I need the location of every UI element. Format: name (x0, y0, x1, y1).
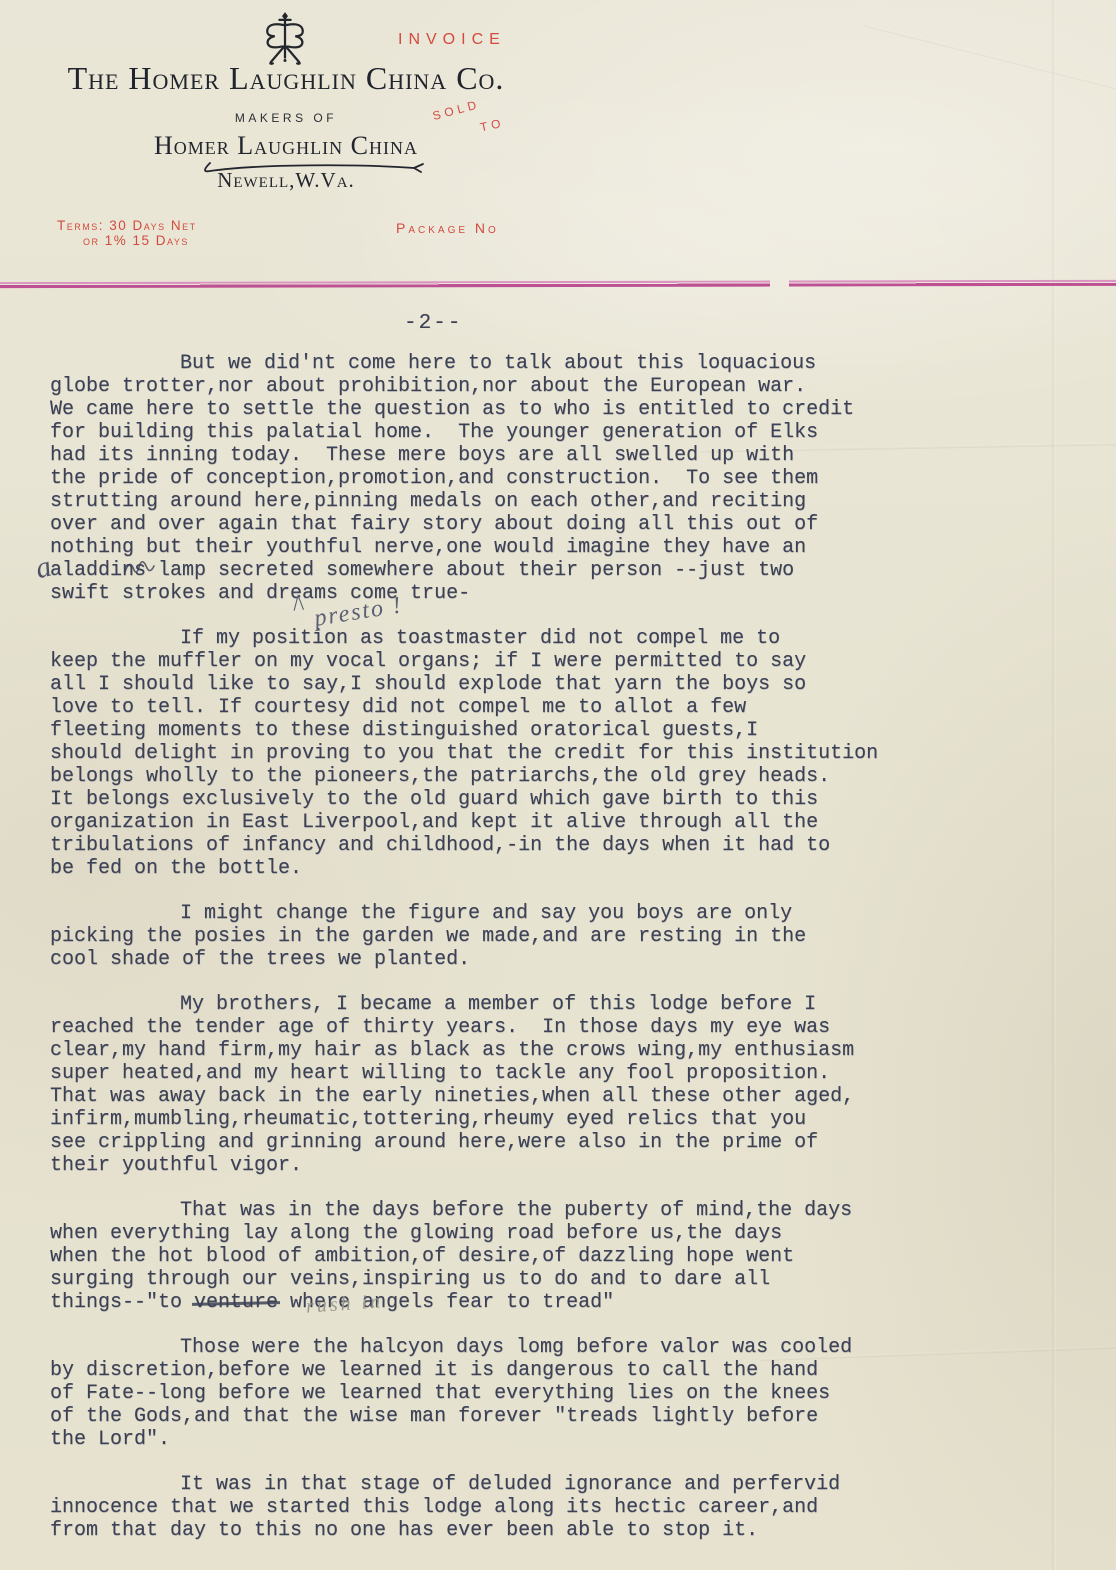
text-line: by discretion,before we learned it is da… (50, 1359, 818, 1382)
text-line: their youthful vigor. (50, 1154, 302, 1177)
page-number: -2-- (404, 312, 462, 335)
company-location: Newell,W.Va. (0, 168, 572, 193)
text-line: from that day to this no one has ever be… (50, 1519, 758, 1542)
text-line: over and over again that fairy story abo… (50, 513, 818, 536)
text-line: That was in the days before the puberty … (180, 1199, 852, 1222)
text-line: tribulations of infancy and childhood,-i… (50, 834, 830, 857)
divider-rule-left-segment (0, 281, 770, 289)
text-line: clear,my hand firm,my hair as black as t… (50, 1039, 854, 1062)
text-line: keep the muffler on my vocal organs; if … (50, 650, 806, 673)
text-line: aladdins lamp secreted somewhere about t… (50, 559, 794, 582)
text-line: the pride of conception,promotion,and co… (50, 467, 818, 490)
paragraph: I might change the figure and say you bo… (50, 902, 980, 971)
brand-line: Homer Laughlin China (0, 131, 572, 161)
company-name: The Homer Laughlin China Co. (0, 60, 572, 97)
text-line: fleeting moments to these distinguished … (50, 719, 758, 742)
struck-word: venture (194, 1291, 278, 1314)
paragraph: But we did'nt come here to talk about th… (50, 352, 980, 605)
text-line: be fed on the bottle. (50, 857, 302, 880)
text-line: globe trotter,nor about prohibition,nor … (50, 375, 806, 398)
text-line: swift strokes and dreams come true- (50, 582, 470, 605)
text-line: Those were the halcyon days lomg before … (180, 1336, 852, 1359)
text-line: love to tell. If courtesy did not compel… (50, 696, 746, 719)
paragraph: It was in that stage of deluded ignoranc… (50, 1473, 980, 1542)
invoice-stamp: INVOICE (398, 31, 506, 49)
paper-crease (864, 24, 1116, 99)
text-line: had its inning today. These mere boys ar… (50, 444, 794, 467)
text-line: for building this palatial home. The you… (50, 421, 818, 444)
paragraph: That was in the days before the puberty … (50, 1199, 980, 1314)
letterhead-divider-rule (0, 280, 1116, 282)
terms-text: Terms: 30 Days Net or 1% 15 Days (57, 218, 197, 248)
text-line: of the Gods,and that the wise man foreve… (50, 1405, 818, 1428)
paragraph: If my position as toastmaster did not co… (50, 627, 980, 880)
text-line: reached the tender age of thirty years. … (50, 1016, 830, 1039)
text-line: My brothers, I became a member of this l… (180, 993, 816, 1016)
text-line: It was in that stage of deluded ignoranc… (180, 1473, 840, 1496)
package-no-label: Package No (396, 220, 499, 236)
insertion-caret-mark: ^ (292, 588, 305, 627)
paragraph: Those were the halcyon days lomg before … (50, 1336, 980, 1451)
terms-line-1: Terms: 30 Days Net (57, 218, 197, 233)
letter-page: The Homer Laughlin China Co. Makers of H… (0, 0, 1116, 1570)
text-line: the Lord". (50, 1428, 170, 1451)
text-line: strutting around here,pinning medals on … (50, 490, 806, 513)
text-line: belongs wholly to the pioneers,the patri… (50, 765, 830, 788)
text-line: of Fate--long before we learned that eve… (50, 1382, 830, 1405)
divider-rule-right-segment (789, 280, 1116, 287)
overstrike-scribble-icon (122, 556, 156, 583)
text-line: But we did'nt come here to talk about th… (180, 352, 816, 375)
text-line: picking the posies in the garden we made… (50, 925, 806, 948)
text-line: That was away back in the early nineties… (50, 1085, 854, 1108)
text-line: If my position as toastmaster did not co… (180, 627, 780, 650)
text-line: infirm,mumbling,rheumatic,tottering,rheu… (50, 1108, 806, 1131)
terms-line-2: or 1% 15 Days (83, 233, 197, 248)
text-line: see crippling and grinning around here,w… (50, 1131, 818, 1154)
text-line: innocence that we started this lodge alo… (50, 1496, 818, 1519)
paper-crease (1052, 0, 1056, 1570)
text-line: when the hot blood of ambition,of desire… (50, 1245, 794, 1268)
text-line: all I should like to say,I should explod… (50, 673, 806, 696)
text-line: nothing but their youthful nerve,one wou… (50, 536, 806, 559)
text-line: should delight in proving to you that th… (50, 742, 878, 765)
text-line: organization in East Liverpool,and kept … (50, 811, 818, 834)
paragraph: My brothers, I became a member of this l… (50, 993, 980, 1177)
text-line: We came here to settle the question as t… (50, 398, 854, 421)
text-line: cool shade of the trees we planted. (50, 948, 470, 971)
text-line: It belongs exclusively to the old guard … (50, 788, 818, 811)
text-line: I might change the figure and say you bo… (180, 902, 792, 925)
text-line: when everything lay along the glowing ro… (50, 1222, 782, 1245)
text-line: surging through our veins,inspiring us t… (50, 1268, 770, 1291)
letter-body: But we did'nt come here to talk about th… (50, 352, 980, 1564)
text-line: super heated,and my heart willing to tac… (50, 1062, 830, 1085)
text-line: things--"to (50, 1291, 194, 1314)
